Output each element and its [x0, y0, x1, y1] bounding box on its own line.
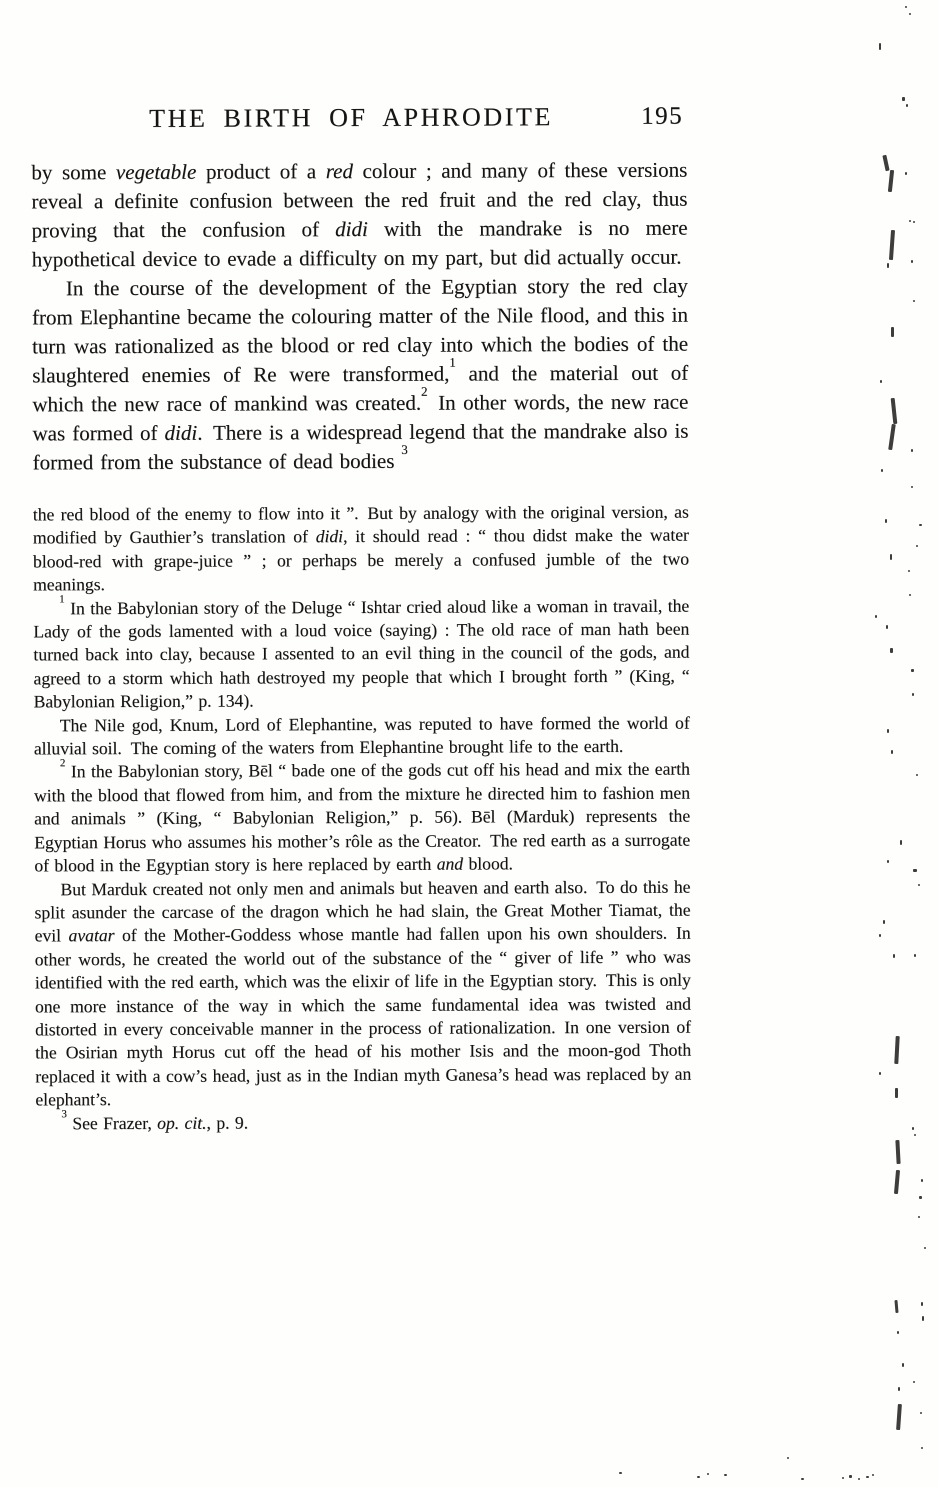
ink-speck [879, 934, 881, 937]
italic-text-run: avatar [68, 925, 114, 945]
footnote-continuation-from-previous-page: the red blood of the enemy to flow into … [33, 501, 689, 597]
ink-speck [919, 524, 922, 526]
text-run: See Frazer, [67, 1112, 157, 1132]
ink-speck [890, 554, 892, 560]
ink-speck [872, 1474, 874, 1476]
ink-speck [906, 104, 908, 107]
body-paragraph-continuation: by some vegetable product of a red colou… [31, 156, 687, 275]
ink-speck [908, 570, 910, 572]
ink-speck [924, 1247, 926, 1249]
ink-speck [887, 263, 889, 268]
ink-speck [887, 729, 889, 733]
book-page: THE BIRTH OF APHRODITE 195 by some veget… [0, 0, 939, 1487]
ink-speck [911, 449, 913, 452]
ink-speck [697, 1476, 700, 1478]
ink-speck [911, 260, 913, 263]
ink-speck [894, 1300, 898, 1313]
footnote-reference: 3 [401, 442, 408, 457]
ink-speck [897, 1331, 899, 1334]
ink-speck [913, 300, 915, 302]
footnote-reference: 3 [61, 1108, 67, 1120]
footnote-reference: 1 [449, 355, 456, 370]
text-run: In the Babylonian story, Bēl “ bade one … [34, 759, 690, 875]
ink-speck [886, 625, 888, 629]
footnote-3: 3 See Frazer, op. cit., p. 9. [35, 1109, 691, 1135]
ink-speck [891, 327, 894, 337]
ink-speck [724, 1474, 727, 1476]
ink-speck [909, 13, 911, 15]
italic-text-run: vegetable [116, 160, 197, 184]
ink-speck [902, 97, 905, 101]
ink-speck [916, 545, 918, 547]
ink-speck [909, 594, 911, 596]
running-head: THE BIRTH OF APHRODITE [149, 102, 553, 134]
text-run: blood. [463, 853, 513, 873]
italic-text-run: didi [335, 217, 368, 241]
ink-speck [893, 954, 895, 958]
italic-text-run: and [437, 854, 463, 874]
main-text: by some vegetable product of a red colou… [31, 156, 688, 478]
footnote-reference: 2 [421, 384, 428, 399]
ink-speck [888, 424, 896, 450]
text-run: , p. 9. [206, 1112, 248, 1132]
ink-speck [918, 884, 920, 886]
ink-speck [849, 1475, 852, 1478]
ink-speck [619, 1472, 622, 1474]
ink-speck [895, 1088, 898, 1098]
ink-speck [858, 1478, 860, 1480]
page-number: 195 [641, 103, 683, 131]
ink-speck [894, 1170, 900, 1194]
ink-speck [894, 1036, 899, 1064]
ink-speck [882, 155, 889, 171]
ink-speck [875, 615, 877, 618]
footnote-1-nile-god-paragraph: The Nile god, Knum, Lord of Elephantine,… [34, 711, 690, 761]
ink-speck [905, 172, 907, 175]
ink-speck [912, 1127, 914, 1130]
ink-speck [890, 648, 893, 653]
footnotes-section: the red blood of the enemy to flow into … [33, 501, 692, 1136]
ink-speck [879, 43, 881, 50]
ink-speck [887, 860, 889, 863]
footnote-reference: 2 [60, 757, 66, 769]
ink-speck [902, 1363, 904, 1367]
ink-speck [898, 1387, 900, 1391]
ink-speck [916, 774, 918, 776]
footnote-1: 1 In the Babylonian story of the Deluge … [33, 594, 690, 714]
ink-speck [896, 1404, 902, 1430]
ink-speck [801, 1478, 804, 1480]
page-header: THE BIRTH OF APHRODITE 195 [31, 102, 687, 141]
ink-speck [889, 230, 895, 260]
page-content: THE BIRTH OF APHRODITE 195 by some veget… [31, 102, 691, 1136]
ink-speck [787, 1457, 789, 1459]
ink-speck [913, 869, 917, 872]
ink-speck [885, 519, 887, 523]
ink-speck [911, 486, 913, 488]
ink-speck [911, 669, 914, 672]
ink-speck [913, 1381, 915, 1383]
ink-speck [914, 954, 916, 957]
footnote-reference: 1 [59, 593, 65, 605]
ink-speck [918, 1216, 920, 1218]
ink-speck [920, 1412, 922, 1414]
italic-text-run: didi [164, 421, 197, 445]
ink-speck [891, 398, 898, 424]
ink-speck [912, 693, 914, 696]
ink-speck [866, 1476, 869, 1478]
ink-speck [919, 1196, 922, 1199]
italic-text-run: red [326, 159, 353, 183]
ink-speck [921, 1302, 923, 1306]
ink-speck [900, 840, 902, 845]
ink-speck [895, 1140, 900, 1164]
ink-speck [888, 170, 894, 192]
footnote-2: 2 In the Babylonian story, Bēl “ bade on… [34, 758, 691, 878]
ink-speck [707, 1473, 709, 1475]
ink-speck [922, 1316, 924, 1321]
italic-text-run: op. cit. [157, 1112, 206, 1132]
ink-speck [905, 6, 907, 8]
italic-text-run: didi [316, 526, 343, 546]
text-run: product of a [196, 159, 326, 184]
ink-speck [881, 469, 883, 472]
text-run: by some [31, 160, 116, 184]
ink-speck [879, 1072, 881, 1075]
ink-speck [842, 1477, 844, 1479]
text-run: In the Babylonian story of the Deluge “ … [33, 595, 689, 711]
ink-speck [914, 1134, 916, 1136]
text-run: The Nile god, Knum, Lord of Elephantine,… [34, 712, 690, 758]
ink-speck [883, 920, 885, 924]
text-run: of the Mother-Goddess whose mantle had f… [35, 923, 692, 1110]
ink-speck [921, 1179, 923, 1182]
ink-speck [909, 220, 911, 222]
ink-speck [921, 1447, 923, 1449]
ink-speck [891, 750, 893, 754]
ink-speck [913, 221, 915, 223]
body-paragraph-egyptian-story: In the course of the development of the … [32, 272, 689, 478]
footnote-2-marduk-paragraph: But Marduk created not only men and anim… [34, 875, 691, 1112]
ink-speck [880, 380, 882, 383]
